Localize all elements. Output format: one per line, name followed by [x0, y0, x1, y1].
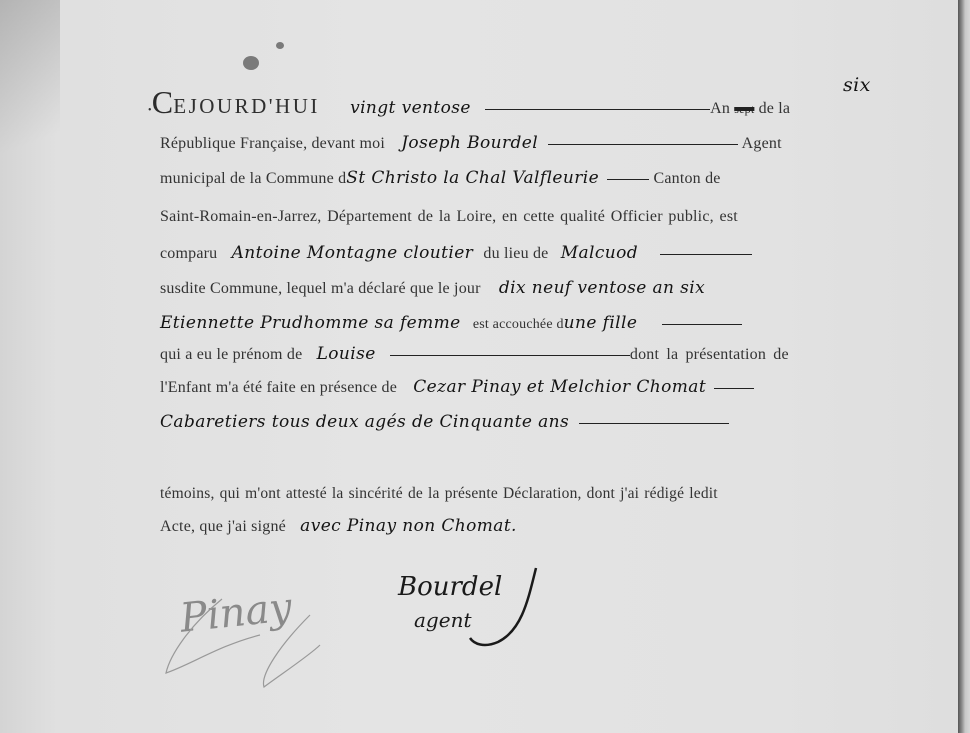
fill-rule: [485, 109, 710, 110]
ink-stain: [276, 42, 284, 49]
ink-stain: [243, 56, 259, 70]
line-prenom: qui a eu le prénom de Louise dont la pré…: [160, 344, 789, 364]
fill-rule: [714, 388, 754, 389]
printed-text: l'Enfant m'a été faite en présence de: [160, 379, 397, 396]
hand-commune: St Christo la Chal Valfleurie: [346, 168, 599, 188]
printed-text: Saint-Romain-en-Jarrez, Département de l…: [160, 208, 738, 225]
hand-agent-name: Joseph Bourdel: [401, 133, 538, 153]
hand-birth-date: dix neuf ventose an six: [499, 278, 705, 298]
line-commune: municipal de la Commune dSt Christo la C…: [160, 168, 721, 188]
printed-text: témoins, qui m'ont attesté la sincérité …: [160, 485, 718, 502]
line-acte-signe: Acte, que j'ai signé avec Pinay non Chom…: [160, 516, 517, 536]
struck-year: sept: [734, 102, 754, 116]
hand-witnesses: Cezar Pinay et Melchior Chomat: [413, 377, 706, 397]
hand-witness-info: Cabaretiers tous deux agés de Cinquante …: [160, 412, 569, 432]
line-saint-romain: Saint-Romain-en-Jarrez, Département de l…: [160, 208, 738, 226]
printed-text: qui a eu le prénom de: [160, 346, 302, 363]
line-temoins: témoins, qui m'ont attesté la sincérité …: [160, 485, 718, 503]
printed-text: municipal de la Commune d: [160, 170, 346, 187]
opening-initial: C: [152, 84, 174, 120]
fill-rule: [607, 179, 649, 180]
fill-rule: [660, 254, 752, 255]
line-opening: •CEJOURD'HUI vingt ventose An sept de la: [148, 84, 790, 121]
line-devant-moi: République Française, devant moi Joseph …: [160, 133, 782, 153]
printed-text: République Française, devant moi: [160, 135, 385, 152]
printed-text: susdite Commune, lequel m'a déclaré que …: [160, 280, 481, 297]
line-mother: Etiennette Prudhomme sa femme est accouc…: [160, 313, 742, 333]
hand-place: Malcuod: [561, 243, 638, 263]
hand-first-name: Louise: [317, 344, 376, 364]
fill-rule: [579, 423, 729, 424]
printed-text: Acte, que j'ai signé: [160, 518, 286, 535]
paper-smudge: [0, 0, 60, 200]
hand-declarant: Antoine Montagne cloutier: [232, 243, 474, 263]
fill-rule: [390, 355, 630, 356]
label-agent: Agent: [742, 135, 782, 152]
signature-flourish: [440, 560, 540, 660]
printed-text: du lieu de: [483, 245, 548, 262]
line-comparu: comparu Antoine Montagne cloutier du lie…: [160, 243, 752, 263]
signature-witness-flourish: [160, 585, 360, 695]
hand-mother: Etiennette Prudhomme sa femme: [160, 313, 461, 333]
hand-child-sex: une fille: [564, 313, 638, 333]
line-susdite: susdite Commune, lequel m'a déclaré que …: [160, 278, 705, 298]
fill-rule: [662, 324, 742, 325]
line-presence: l'Enfant m'a été faite en présence de Ce…: [160, 377, 754, 397]
label-canton: Canton de: [653, 170, 720, 187]
printed-text: comparu: [160, 245, 217, 262]
fill-rule: [548, 144, 738, 145]
line-witness-info: Cabaretiers tous deux agés de Cinquante …: [160, 412, 729, 432]
document-page: •CEJOURD'HUI vingt ventose An sept de la…: [0, 0, 958, 733]
hand-year-inserted: six: [843, 74, 871, 96]
label-an: An: [710, 100, 730, 117]
opening-word: EJOURD'HUI: [173, 94, 320, 118]
printed-text: dont la présentation de: [630, 346, 789, 363]
hand-signed-with: avec Pinay non Chomat.: [300, 516, 517, 536]
printed-text: est accouchée d: [473, 317, 564, 332]
hand-date: vingt ventose: [350, 98, 471, 118]
page-edge: [958, 0, 970, 733]
label-de-la: de la: [759, 100, 791, 117]
